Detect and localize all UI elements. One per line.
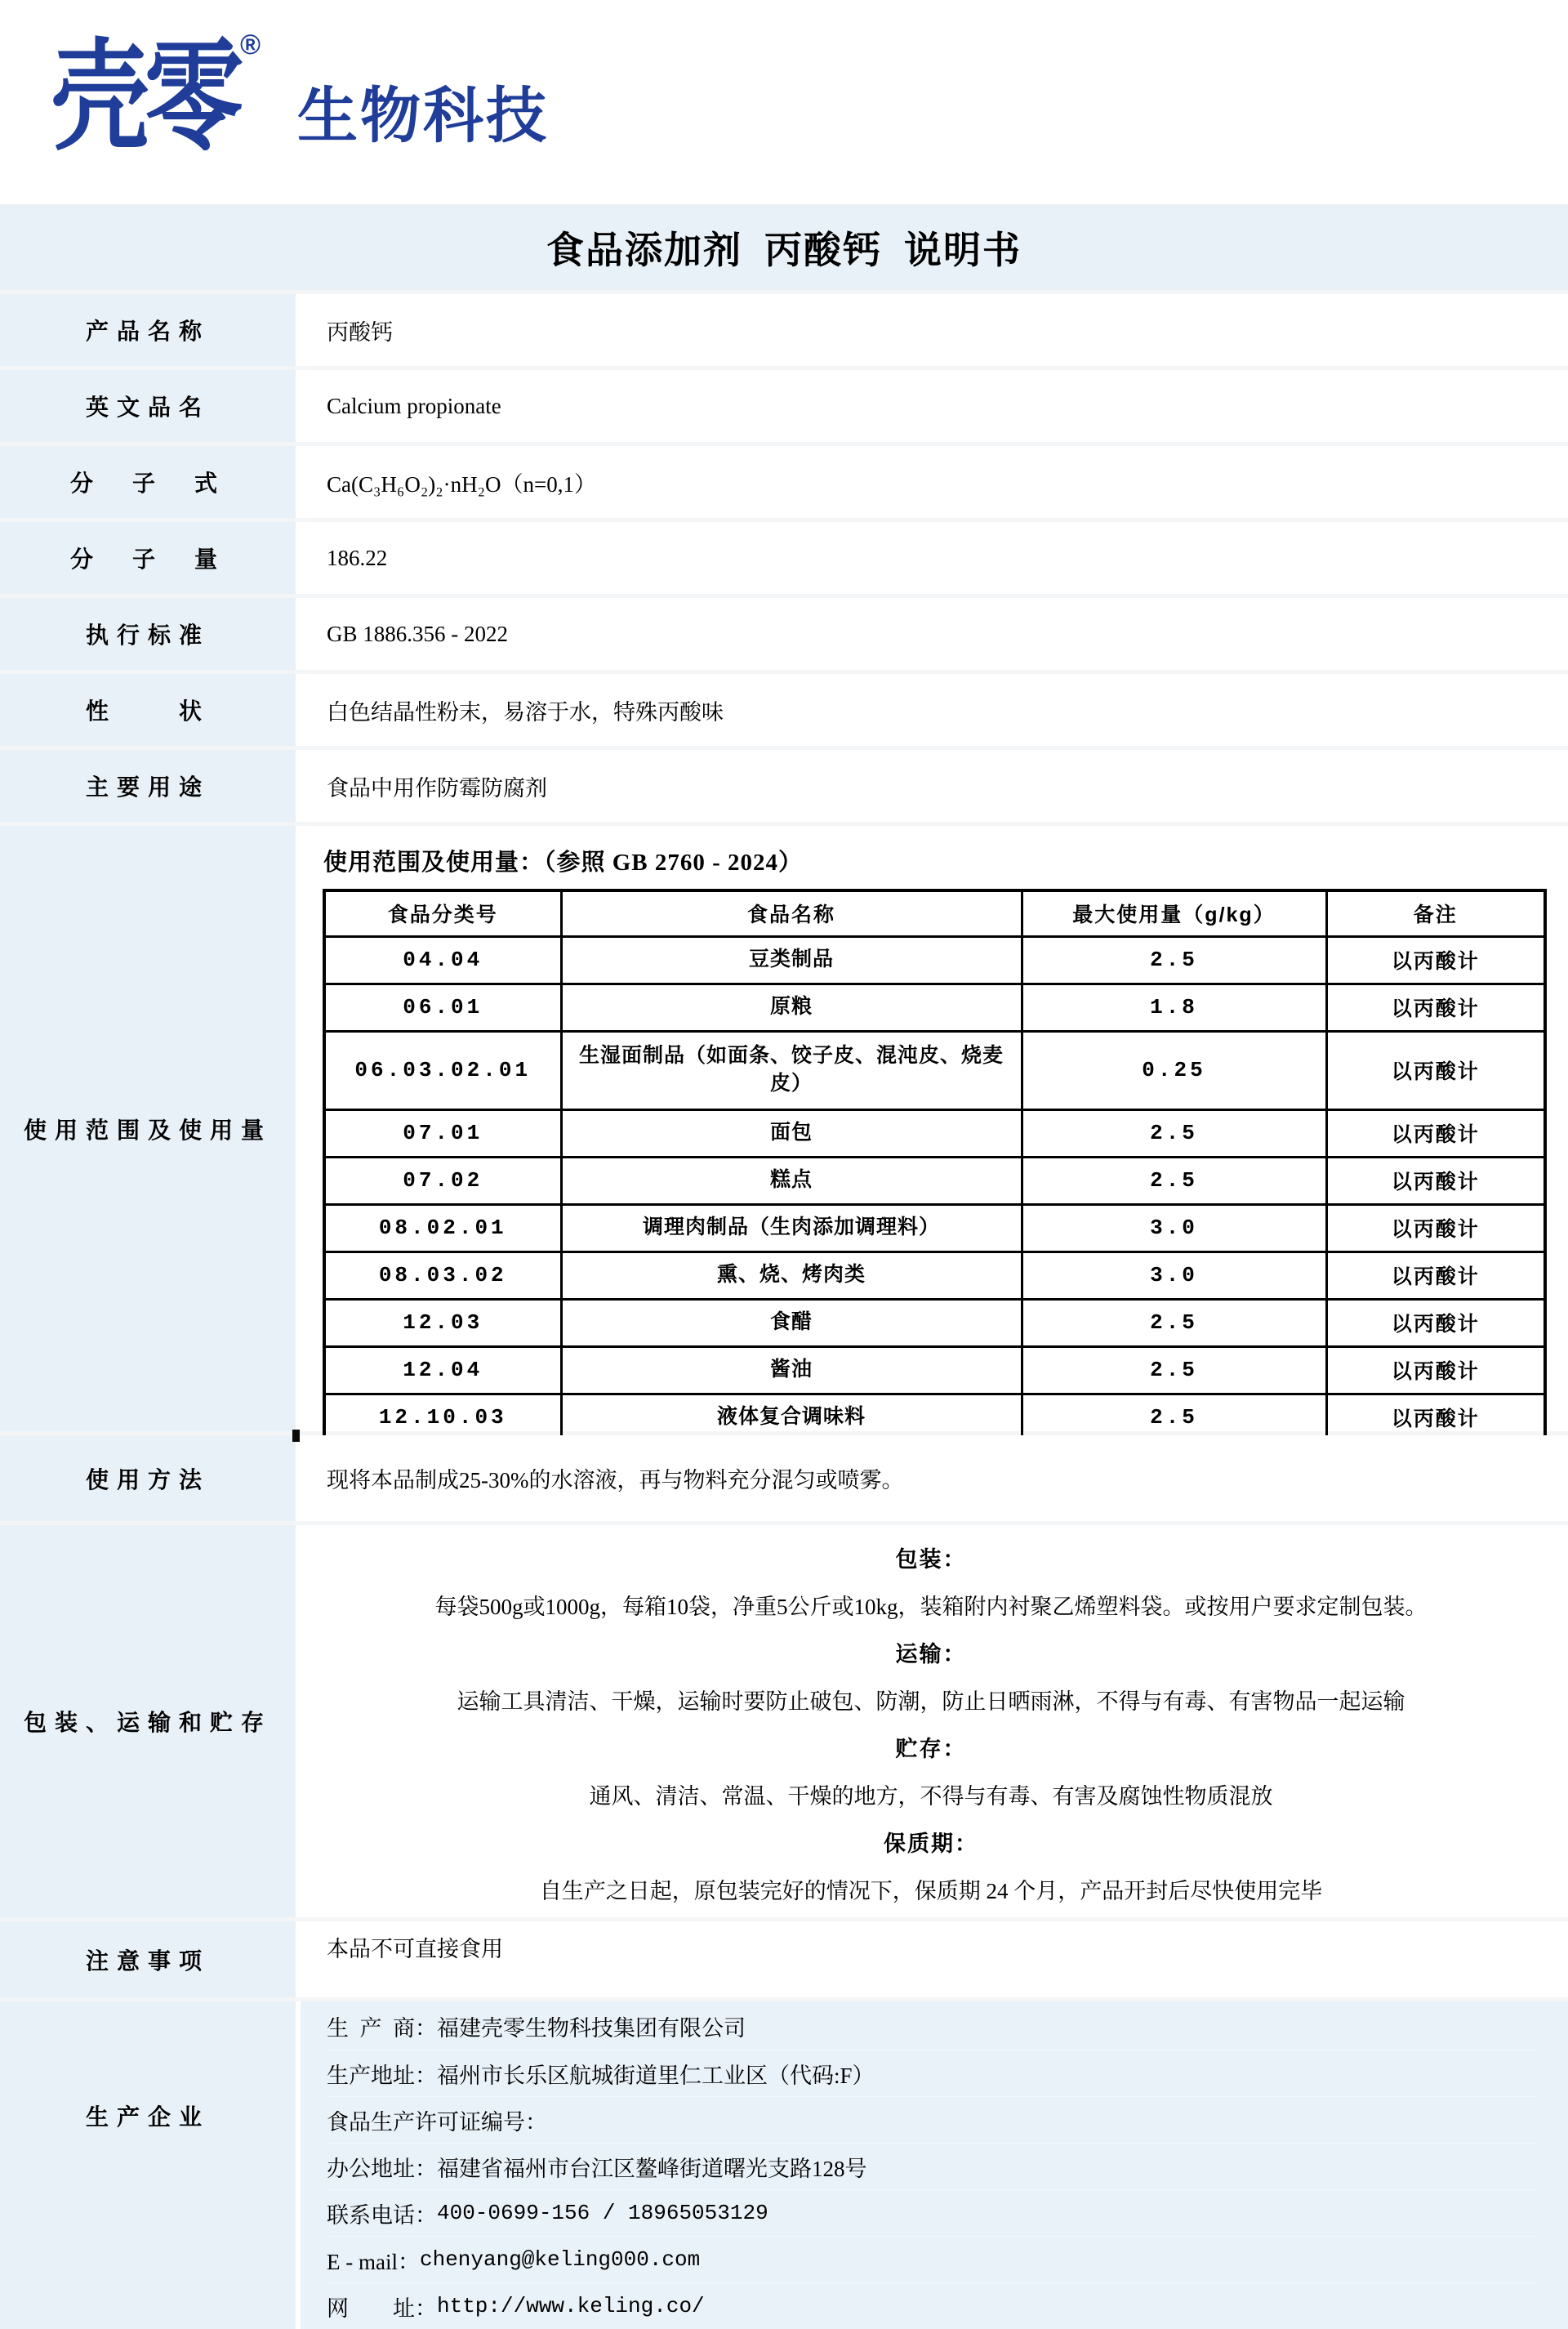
producer-field-label: E - mail： [327,2244,420,2276]
spec-sheet-page: 壳零 ® 生物科技 食品添加剂 丙酸钙 说明书 产品名称 丙酸钙 英文品名 Ca… [0,0,1568,2329]
property-value: 白色结晶性粉末，易溶于水，特殊丙酸味 [301,674,1568,746]
property-label: 主要用途 [0,750,296,822]
column-header-note: 备注 [1326,890,1545,936]
cell-food-name: 豆类制品 [561,936,1022,984]
cell-max-usage: 2.5 [1022,1299,1326,1346]
producer-field-label: 生 产 商： [327,2010,437,2042]
property-label: 性 状 [0,674,296,746]
cell-food-category: 12.04 [324,1346,561,1394]
brand-logo: 壳零 ® 生物科技 [51,36,549,163]
cell-max-usage: 3.0 [1022,1252,1326,1299]
transport-section-heading: 运输： [896,1628,967,1675]
producer-field-value: 福州市长乐区航城街道里仁工业区（代码:F） [437,2058,875,2090]
row-appearance: 性 状 白色结晶性粉末，易溶于水，特殊丙酸味 [0,674,1568,746]
row-standard: 执行标准 GB 1886.356 - 2022 [0,598,1568,670]
row-usage-method: 使用方法 现将本品制成25-30%的水溶液，再与物料充分混匀或喷雾。 [0,1435,1568,1521]
cell-note: 以丙酸计 [1326,1252,1545,1299]
brand-logo-main-text: 壳零 [51,36,238,163]
cell-note: 以丙酸计 [1326,1031,1545,1109]
table-row: 12.10.03 液体复合调味料 2.5 以丙酸计 [324,1394,1545,1441]
property-label: 英文品名 [0,370,296,442]
page-title: 食品添加剂 丙酸钙 说明书 [546,221,1022,274]
table-row: 04.04 豆类制品 2.5 以丙酸计 [324,936,1545,984]
producer-line-phone: 联系电话：400-0699-156 / 18965053129 [327,2189,1535,2236]
cell-max-usage: 2.5 [1022,1109,1326,1157]
cell-max-usage: 2.5 [1022,1157,1326,1204]
producer-line-manufacturer: 生 产 商：福建壳零生物科技集团有限公司 [327,2003,1535,2050]
cell-food-name: 液体复合调味料 [561,1394,1022,1441]
cell-food-name: 糕点 [561,1157,1022,1204]
usage-range-content: 使用范围及使用量：（参照 GB 2760 - 2024） 食品分类号 食品名称 … [301,826,1568,1431]
table-row: 08.03.02 熏、烧、烤肉类 3.0 以丙酸计 [324,1252,1545,1299]
storage-section-body: 通风、清洁、常温、干燥的地方，不得与有毒、有害及腐蚀性物质混放 [590,1770,1273,1818]
cell-note: 以丙酸计 [1326,1394,1545,1441]
property-label: 产品名称 [0,294,296,366]
producer-field-label: 联系电话： [327,2197,437,2229]
property-value: 186.22 [301,522,1568,594]
cell-note: 以丙酸计 [1326,1157,1545,1204]
title-band: 食品添加剂 丙酸钙 说明书 [0,204,1568,290]
cell-food-name: 生湿面制品（如面条、饺子皮、混沌皮、烧麦皮） [561,1031,1022,1109]
cell-food-name: 熏、烧、烤肉类 [561,1252,1022,1299]
table-row: 08.02.01 调理肉制品（生肉添加调理料） 3.0 以丙酸计 [324,1204,1545,1252]
stray-mark-artifact [292,1430,300,1442]
property-label: 分 子 式 [0,446,296,518]
cell-food-category: 12.10.03 [324,1394,561,1441]
page-header: 壳零 ® 生物科技 [0,0,1568,204]
producer-field-label: 网 址： [327,2291,437,2322]
cell-note: 以丙酸计 [1326,1204,1545,1252]
cell-food-category: 07.01 [324,1109,561,1157]
cell-food-name: 酱油 [561,1346,1022,1394]
cell-food-name: 食醋 [561,1299,1022,1346]
cell-note: 以丙酸计 [1326,1109,1545,1157]
row-english-name: 英文品名 Calcium propionate [0,370,1568,442]
cell-food-category: 08.02.01 [324,1204,561,1252]
usage-table: 食品分类号 食品名称 最大使用量（g/kg） 备注 04.04 豆类制品 2.5… [323,889,1547,1443]
transport-section-body: 运输工具清洁、干燥，运输时要防止破包、防潮，防止日晒雨淋，不得与有毒、有害物品一… [457,1675,1405,1723]
property-label: 执行标准 [0,598,296,670]
producer-field-label: 生产地址： [327,2058,437,2090]
producer-field-label: 办公地址： [327,2151,437,2183]
producer-line-website: 网 址：http://www.keling.co/ [327,2282,1535,2329]
method-text: 现将本品制成25-30%的水溶液，再与物料充分混匀或喷雾。 [301,1435,1568,1521]
table-row: 12.03 食醋 2.5 以丙酸计 [324,1299,1545,1346]
registered-trademark-icon: ® [240,29,261,61]
producer-line-license-number: 食品生产许可证编号： [327,2096,1535,2143]
property-value: Calcium propionate [301,370,1568,442]
column-header-food-name: 食品名称 [561,890,1022,936]
row-packaging-transport-storage: 包装、运输和贮存 包装： 每袋500g或1000g，每箱10袋，净重5公斤或10… [0,1525,1568,1917]
usage-range-label: 使用范围及使用量 [0,826,296,1431]
row-molecular-weight: 分 子 量 186.22 [0,522,1568,594]
column-header-max-usage: 最大使用量（g/kg） [1022,890,1326,936]
producer-line-office-address: 办公地址：福建省福州市台江区鳌峰街道曙光支路128号 [327,2143,1535,2189]
cell-note: 以丙酸计 [1326,1346,1545,1394]
row-notice: 注意事项 本品不可直接食用 [0,1921,1568,1997]
cell-max-usage: 3.0 [1022,1204,1326,1252]
property-value: GB 1886.356 - 2022 [301,598,1568,670]
table-row: 07.01 面包 2.5 以丙酸计 [324,1109,1545,1157]
column-header-food-category: 食品分类号 [324,890,561,936]
cell-food-name: 调理肉制品（生肉添加调理料） [561,1204,1022,1252]
cell-max-usage: 0.25 [1022,1031,1326,1109]
producer-phone-value: 400-0699-156 / 18965053129 [437,2201,768,2225]
brand-logo-sub-text: 生物科技 [297,68,549,154]
cell-food-category: 08.03.02 [324,1252,561,1299]
cell-food-category: 04.04 [324,936,561,984]
row-main-use: 主要用途 食品中用作防霉防腐剂 [0,750,1568,822]
usage-table-heading: 使用范围及使用量：（参照 GB 2760 - 2024） [323,844,1560,877]
storage-section-heading: 贮存： [896,1723,967,1770]
cell-max-usage: 1.8 [1022,984,1326,1031]
cell-note: 以丙酸计 [1326,984,1545,1031]
property-value: 丙酸钙 [301,294,1568,366]
notice-label: 注意事项 [0,1921,296,1997]
table-row: 06.01 原粮 1.8 以丙酸计 [324,984,1545,1031]
row-usage-range: 使用范围及使用量 使用范围及使用量：（参照 GB 2760 - 2024） 食品… [0,826,1568,1431]
table-row: 07.02 糕点 2.5 以丙酸计 [324,1157,1545,1204]
row-producer: 生产企业 生 产 商：福建壳零生物科技集团有限公司 生产地址：福州市长乐区航城街… [0,2001,1568,2329]
cell-max-usage: 2.5 [1022,1346,1326,1394]
producer-field-value: 福建省福州市台江区鳌峰街道曙光支路128号 [437,2151,867,2183]
producer-label: 生产企业 [0,2001,296,2329]
packaging-section-body: 每袋500g或1000g，每箱10袋，净重5公斤或10kg，装箱附内衬聚乙烯塑料… [435,1581,1428,1628]
producer-field-label: 食品生产许可证编号： [327,2104,547,2136]
packaging-label: 包装、运输和贮存 [0,1525,296,1917]
producer-content: 生 产 商：福建壳零生物科技集团有限公司 生产地址：福州市长乐区航城街道里仁工业… [301,2001,1568,2329]
usage-table-header-row: 食品分类号 食品名称 最大使用量（g/kg） 备注 [324,890,1545,936]
packaging-section-heading: 包装： [896,1533,967,1581]
cell-note: 以丙酸计 [1326,936,1545,984]
cell-food-category: 07.02 [324,1157,561,1204]
cell-food-name: 面包 [561,1109,1022,1157]
producer-email-value: chenyang@keling000.com [420,2247,700,2272]
property-label: 分 子 量 [0,522,296,594]
producer-field-value: 福建壳零生物科技集团有限公司 [437,2010,746,2042]
cell-food-category: 12.03 [324,1299,561,1346]
producer-website-value: http://www.keling.co/ [437,2294,705,2318]
shelf-life-section-heading: 保质期： [884,1818,978,1865]
table-row: 12.04 酱油 2.5 以丙酸计 [324,1346,1545,1394]
table-row: 06.03.02.01 生湿面制品（如面条、饺子皮、混沌皮、烧麦皮） 0.25 … [324,1031,1545,1109]
cell-max-usage: 2.5 [1022,1394,1326,1441]
cell-food-category: 06.03.02.01 [324,1031,561,1109]
cell-note: 以丙酸计 [1326,1299,1545,1346]
shelf-life-section-body: 自生产之日起，原包装完好的情况下，保质期 24 个月，产品开封后尽快使用完毕 [540,1865,1323,1912]
method-label: 使用方法 [0,1435,296,1521]
cell-max-usage: 2.5 [1022,936,1326,984]
producer-line-email: E - mail：chenyang@keling000.com [327,2236,1535,2282]
property-value: Ca(C₃H₆O₂)₂·nH₂O（n=0,1） [301,446,1568,518]
producer-line-production-address: 生产地址：福州市长乐区航城街道里仁工业区（代码:F） [327,2050,1535,2096]
cell-food-category: 06.01 [324,984,561,1031]
packaging-content: 包装： 每袋500g或1000g，每箱10袋，净重5公斤或10kg，装箱附内衬聚… [301,1525,1568,1917]
property-value: 食品中用作防霉防腐剂 [301,750,1568,822]
row-product-name: 产品名称 丙酸钙 [0,294,1568,366]
notice-text: 本品不可直接食用 [301,1921,1568,1997]
cell-food-name: 原粮 [561,984,1022,1031]
row-molecular-formula: 分 子 式 Ca(C₃H₆O₂)₂·nH₂O（n=0,1） [0,446,1568,518]
